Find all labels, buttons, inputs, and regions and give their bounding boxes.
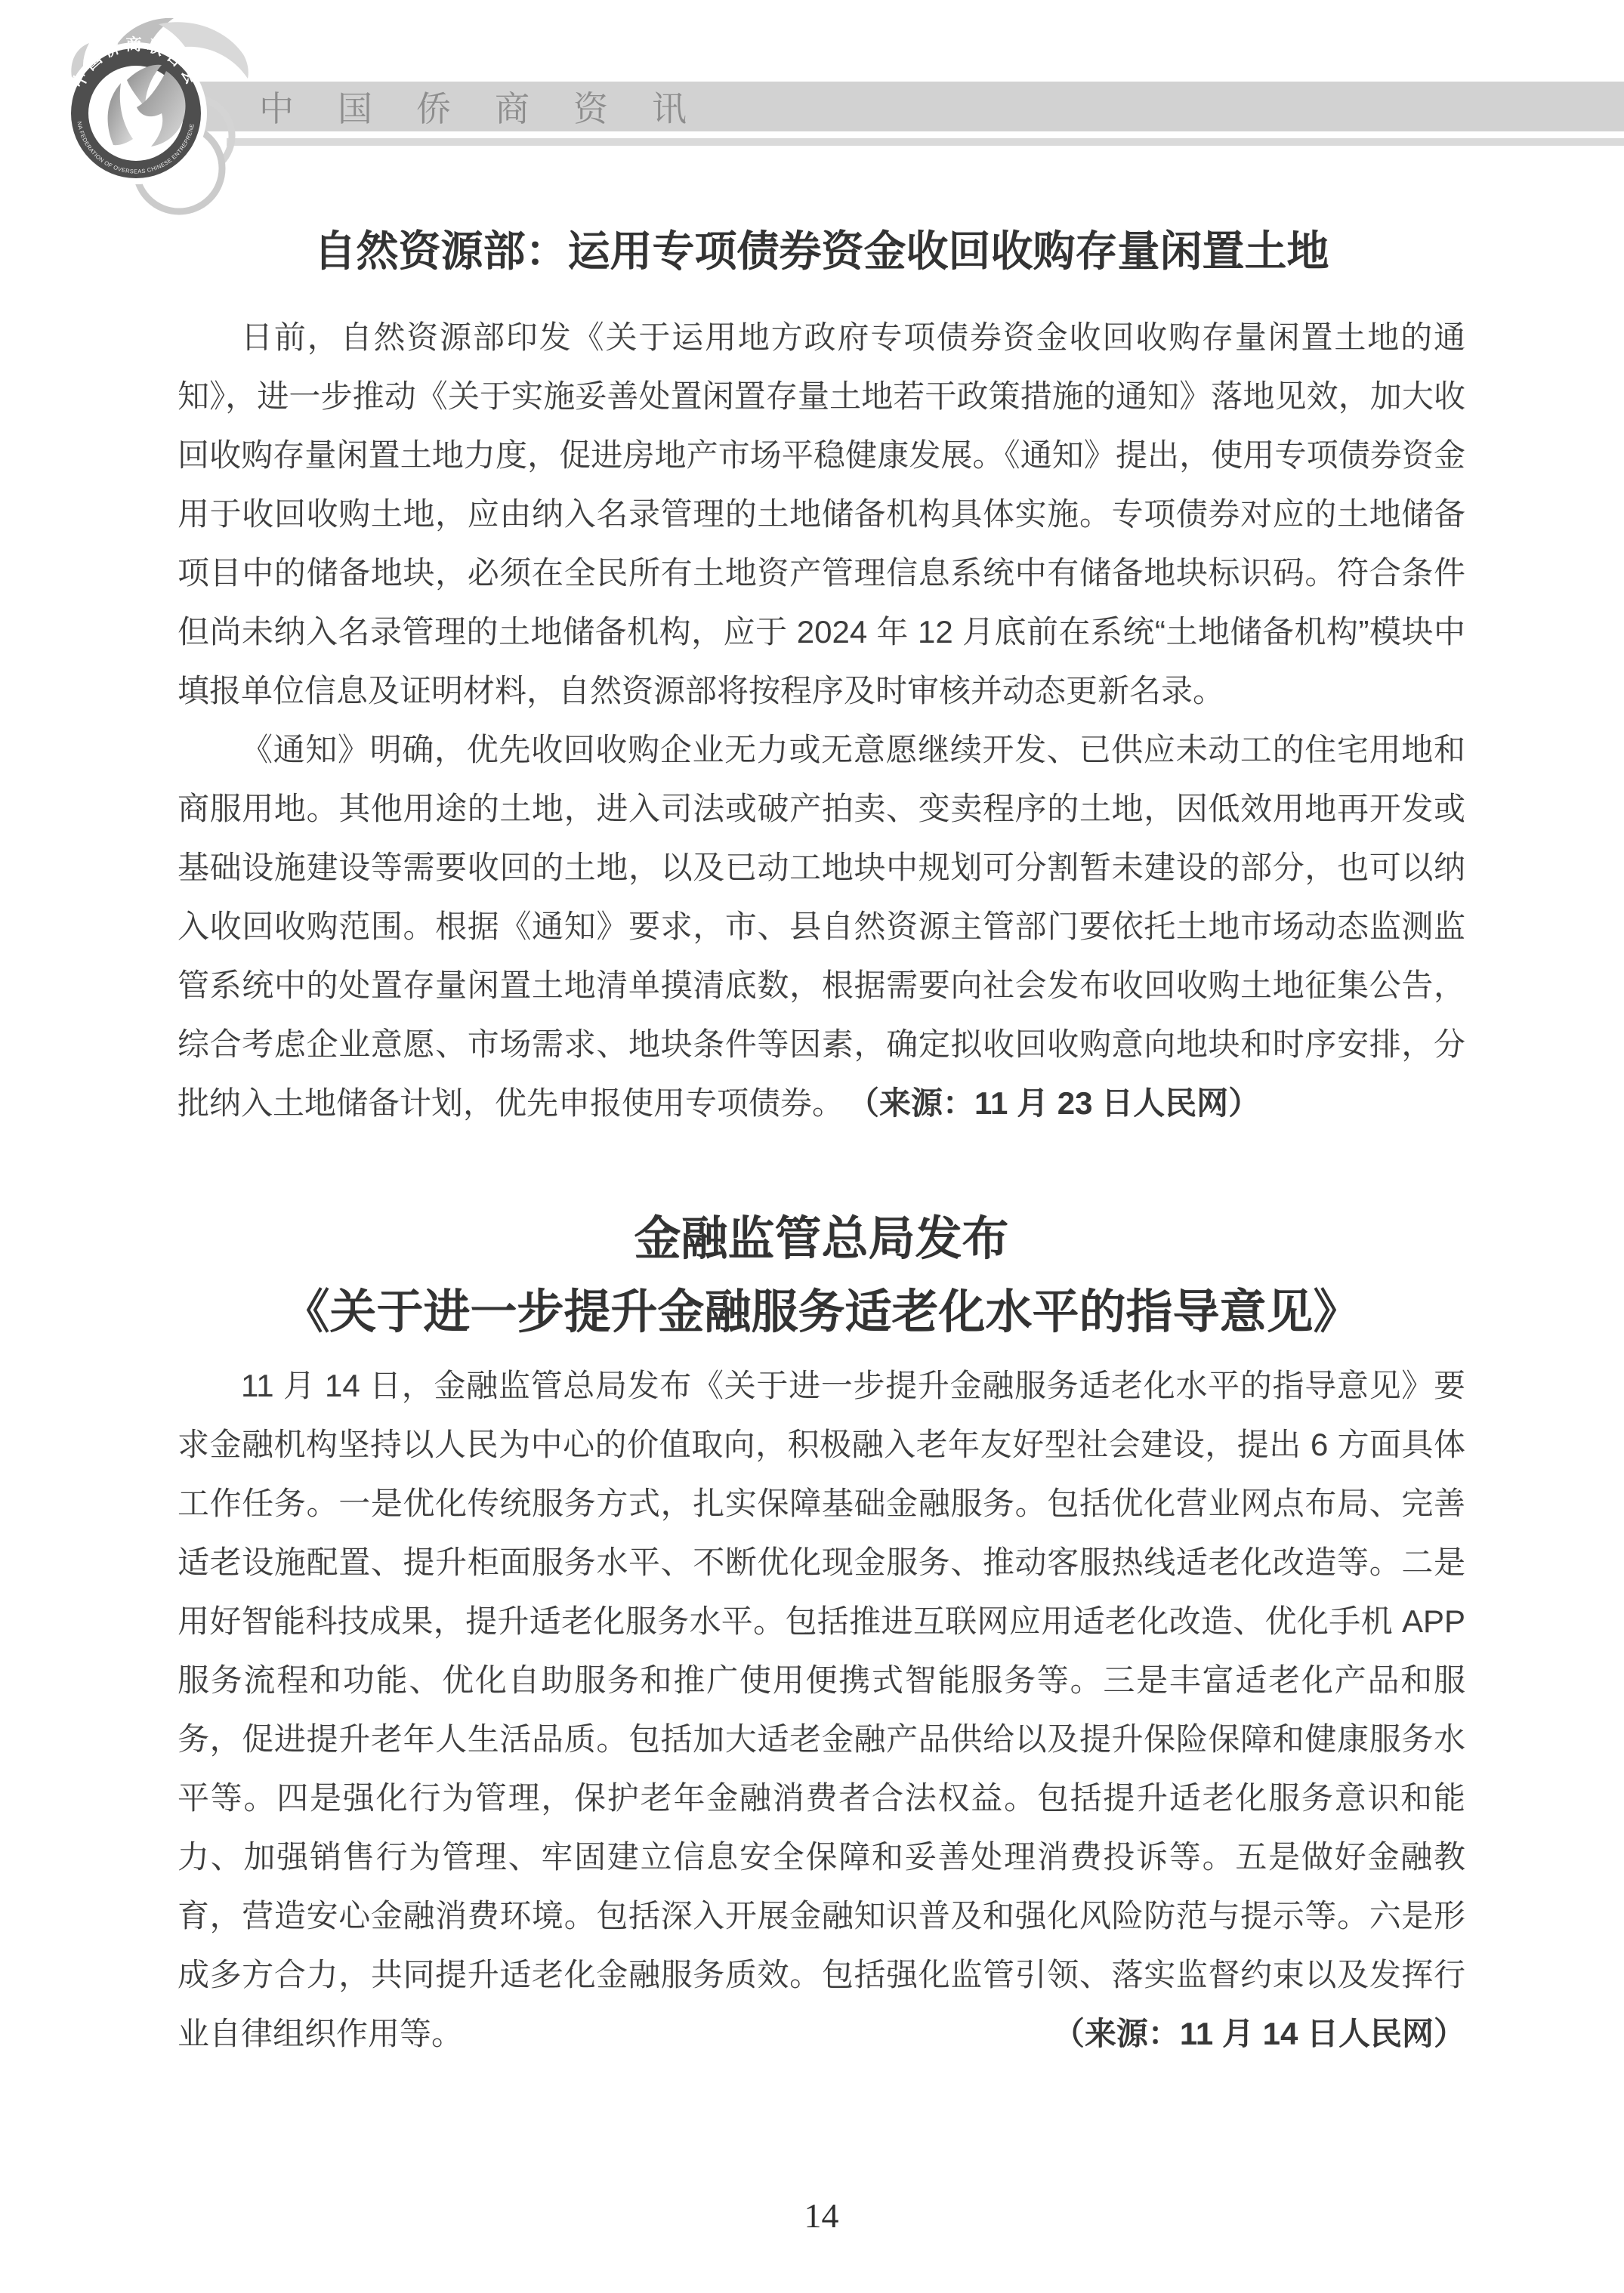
article2-title-line-1: 金融监管总局发布 bbox=[178, 1202, 1465, 1276]
page-number: 14 bbox=[178, 2196, 1465, 2236]
article1-paragraph-2-text: 《通知》明确，优先收回收购企业无力或无意愿继续开发、已供应未动工的住宅用地和商服… bbox=[178, 732, 1465, 1121]
page: 中国侨商资讯 中国侨商联合会 bbox=[0, 0, 1624, 2293]
article2-paragraph-1-text: 11 月 14 日，金融监管总局发布《关于进一步提升金融服务适老化水平的指导意见… bbox=[178, 1368, 1465, 2051]
article1-paragraph-2: 《通知》明确，优先收回收购企业无力或无意愿继续开发、已供应未动工的住宅用地和商服… bbox=[178, 721, 1465, 1133]
article1-source-citation: （来源：11 月 23 日人民网） bbox=[863, 1085, 1260, 1121]
page-content: 自然资源部：运用专项债券资金收回收购存量闲置土地 日前，自然资源部印发《关于运用… bbox=[0, 0, 1624, 2236]
article1-title: 自然资源部：运用专项债券资金收回收购存量闲置土地 bbox=[178, 0, 1465, 276]
article2-paragraph-1: 11 月 14 日，金融监管总局发布《关于进一步提升金融服务适老化水平的指导意见… bbox=[178, 1356, 1465, 2063]
article2-source-citation: （来源：11 月 14 日人民网） bbox=[1053, 2004, 1465, 2063]
article1-paragraph-1: 日前，自然资源部印发《关于运用地方政府专项债券资金收回收购存量闲置土地的通知》，… bbox=[178, 308, 1465, 721]
article2-title: 金融监管总局发布 《关于进一步提升金融服务适老化水平的指导意见》 bbox=[178, 1202, 1465, 1349]
article2-title-line-2: 《关于进一步提升金融服务适老化水平的指导意见》 bbox=[178, 1276, 1465, 1349]
